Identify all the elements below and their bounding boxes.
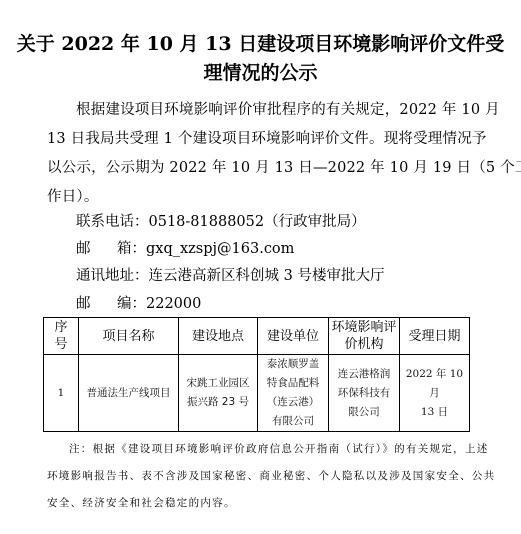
cell-line: 宋跳工业园区 [179, 374, 257, 393]
cell-line: 泰浓顺罗盖 [258, 355, 328, 374]
cell-date: 2022 年 10 月 13 日 [400, 355, 470, 432]
header-date: 受理日期 [400, 318, 470, 355]
cell-index: 1 [44, 355, 79, 432]
contact-address: 通讯地址：连云港高新区科创城 3 号楼审批大厅 [76, 266, 384, 286]
label-part: 邮 [76, 294, 91, 314]
table-header-row: 序 号 项目名称 建设地点 建设单位 环境影响评 价机构 受理日期 [44, 318, 470, 355]
acceptance-table: 序 号 项目名称 建设地点 建设单位 环境影响评 价机构 受理日期 1 普通法生… [43, 317, 470, 432]
cell-line: 特食品配料 [258, 374, 328, 393]
contact-phone: 联系电话：0518-81888052（行政审批局） [76, 212, 366, 232]
contact-address-value: 连云港高新区科创城 3 号楼审批大厅 [149, 268, 385, 284]
header-project-name: 项目名称 [79, 318, 179, 355]
cell-line: （连云港） [258, 393, 328, 412]
intro-line: 作日）。 [47, 183, 467, 212]
header-line: 价机构 [329, 336, 399, 353]
contact-phone-label: 联系电话： [76, 212, 149, 232]
label-part: 邮 [76, 239, 91, 259]
contact-email-value[interactable]: gxq_xzspj@163.com [146, 241, 294, 257]
header-line: 环境影响评 [329, 319, 399, 336]
cell-line: 13 日 [400, 403, 469, 422]
contact-postcode-label: 邮编： [76, 294, 146, 314]
footnote-line: 注：根据《建设项目环境影响评价政府信息公开指南（试行）》的有关规定，上述 [47, 436, 467, 463]
contact-email: 邮箱：gxq_xzspj@163.com [76, 239, 294, 259]
table-row: 1 普通法生产线项目 宋跳工业园区 振兴路 23 号 泰浓顺罗盖 特食品配料 （… [44, 355, 470, 432]
intro-line: 13 日我局共受理 1 个建设项目环境影响评价文件。现将受理情况予 [47, 125, 467, 154]
cell-agency: 连云港格润 环保科技有 限公司 [329, 355, 400, 432]
header-agency: 环境影响评 价机构 [329, 318, 400, 355]
cell-line: 连云港格润 [329, 365, 399, 384]
contact-phone-value: 0518-81888052（行政审批局） [149, 214, 366, 230]
contact-email-label: 邮箱： [76, 239, 146, 259]
page-title-line-2: 理情况的公示 [0, 60, 521, 86]
header-line: 序 [44, 319, 78, 336]
footnote-line: 安全、经济安全和社会稳定的内容。 [47, 490, 467, 517]
intro-line: 根据建设项目环境影响评价审批程序的有关规定，2022 年 10 月 [47, 96, 467, 125]
cell-line: 环保科技有 [329, 384, 399, 403]
header-location: 建设地点 [179, 318, 258, 355]
contact-postcode-value: 222000 [146, 296, 201, 312]
footnote: 注：根据《建设项目环境影响评价政府信息公开指南（试行）》的有关规定，上述 环境影… [47, 436, 467, 517]
cell-line: 振兴路 23 号 [179, 393, 257, 412]
intro-paragraph: 根据建设项目环境影响评价审批程序的有关规定，2022 年 10 月 13 日我局… [47, 96, 467, 212]
header-builder: 建设单位 [258, 318, 329, 355]
cell-line: 2022 年 10 月 [400, 365, 469, 403]
footnote-line: 环境影响报告书、表不含涉及国家秘密、商业秘密、个人隐私以及涉及国家安全、公共 [47, 463, 467, 490]
intro-line: 以公示，公示期为 2022 年 10 月 13 日—2022 年 10 月 19… [47, 154, 467, 183]
cell-line: 限公司 [329, 403, 399, 422]
cell-project-name: 普通法生产线项目 [79, 355, 179, 432]
header-line: 号 [44, 336, 78, 353]
contact-address-label: 通讯地址： [76, 266, 149, 286]
label-part: 编： [117, 294, 146, 314]
cell-line: 有限公司 [258, 412, 328, 431]
label-part: 箱： [117, 239, 146, 259]
page-title-line-1: 关于 2022 年 10 月 13 日建设项目环境影响评价文件受 [0, 31, 521, 57]
cell-builder: 泰浓顺罗盖 特食品配料 （连云港） 有限公司 [258, 355, 329, 432]
contact-postcode: 邮编：222000 [76, 294, 201, 314]
cell-location: 宋跳工业园区 振兴路 23 号 [179, 355, 258, 432]
header-index: 序 号 [44, 318, 79, 355]
